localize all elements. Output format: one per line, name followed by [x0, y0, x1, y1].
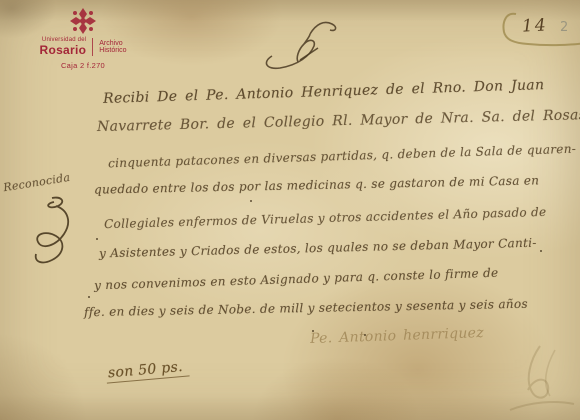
manuscript-line: quedado entre los dos por las medicinas … [94, 173, 540, 196]
ink-speck [364, 334, 366, 336]
signature-rubric-flourish-icon [470, 340, 580, 420]
manuscript-line: Collegiales enfermos de Viruelas y otros… [104, 205, 547, 231]
box-reference-label: Caja 2 f.270 [18, 61, 148, 70]
manuscript-line: y Asistentes y Criados de estos, los qua… [99, 236, 537, 261]
cipher-cross-flourish-icon [258, 14, 348, 74]
ink-speck [312, 330, 314, 332]
ink-speck [250, 200, 252, 202]
amount-note: son 50 ps. [105, 358, 189, 383]
manuscript-line: cinquenta patacones en diversas partidas… [108, 142, 576, 171]
archive-logo: Universidad del Rosario Archivo Históric… [18, 6, 148, 70]
university-name: Universidad del Rosario [39, 37, 86, 57]
manuscript-line: y nos convenimos en esto Asignado y para… [94, 266, 499, 293]
archive-unit-name: Archivo Histórico [99, 40, 126, 54]
ink-speck [96, 238, 98, 240]
signature: Pe. Antonio henrriquez [310, 325, 484, 347]
rosario-crest-icon [68, 6, 98, 36]
margin-rubric-flourish-icon [22, 192, 82, 272]
manuscript-scan: Universidad del Rosario Archivo Históric… [0, 0, 580, 420]
manuscript-line: Navarrete Bor. de el Collegio Rl. Mayor … [97, 107, 580, 135]
folio-corner: 14 2 [494, 8, 580, 56]
ink-speck [88, 296, 90, 298]
folio-secondary-number: 2 [560, 20, 568, 35]
folio-number: 14 [521, 15, 548, 36]
logo-divider [92, 38, 93, 56]
manuscript-line: ffe. en dies y seis de Nobe. de mill y s… [84, 297, 528, 320]
margin-annotation: Reconocida [2, 171, 71, 194]
manuscript-line: Recibi De el Pe. Antonio Henriquez de el… [103, 77, 545, 107]
ink-speck [540, 250, 542, 252]
archive-unit-line2: Histórico [99, 47, 126, 54]
archive-unit-line1: Archivo [99, 40, 126, 47]
university-name-bottom: Rosario [39, 43, 86, 57]
